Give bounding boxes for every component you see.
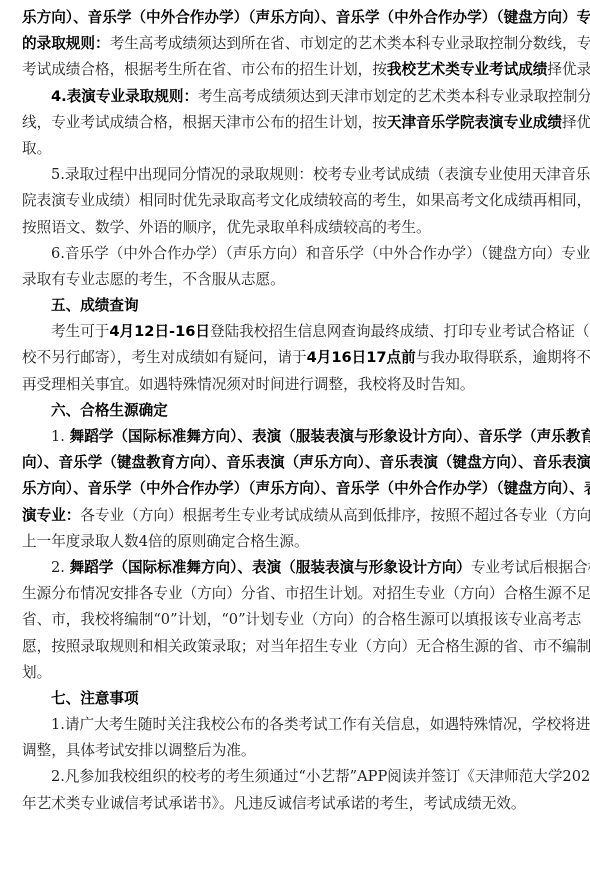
paragraph: 1.请广大考生随时关注我校公布的各类考试工作有关信息，如遇特殊情况，学校将进行调…	[22, 712, 568, 764]
text-line: 录取有专业志愿的考生，不含服从志愿。	[22, 267, 568, 293]
text: 5.录取过程中出现同分情况的录取规则：校考专业考试成绩（表演专业使用天津音乐学	[51, 166, 590, 183]
text: 省、市，我校将编制“0”计划，“0”计划专业（方向）的合格生源可以填报该专业高考…	[22, 611, 581, 628]
bold-text: 4月16日17点前	[307, 349, 416, 366]
text: 取。	[22, 140, 51, 157]
section-heading: 五、成绩查询	[22, 293, 568, 319]
bold-text: 舞蹈学（国际标准舞方向）、表演（服装表演与形象设计方向）、音乐学（声乐教育方	[70, 428, 590, 445]
text-line: 上一年度录取人数4倍的原则确定合格生源。	[22, 529, 568, 555]
text-line: 院表演专业成绩）相同时优先录取高考文化成绩较高的考生，如果高考文化成绩再相同，则	[22, 188, 568, 214]
text: 划。	[22, 664, 51, 681]
text: 登陆我校招生信息网查询最终成绩、打印专业考试合格证（我	[210, 323, 590, 340]
text: 上一年度录取人数4倍的原则确定合格生源。	[22, 533, 309, 550]
text: 愿，按照录取规则和相关政策录取；对当年招生专业（方向）无合格生源的省、市不编制计	[22, 638, 590, 655]
paragraph: 考生可于4月12日-16日登陆我校招生信息网查询最终成绩、打印专业考试合格证（我…	[22, 319, 568, 398]
text: 调整，具体考试安排以调整后为准。	[22, 742, 256, 759]
paragraph: 4.表演专业录取规则：考生高考成绩须达到天津市划定的艺术类本科专业录取控制分数线…	[22, 84, 568, 163]
paragraph: 乐方向）、音乐学（中外合作办学）（声乐方向）、音乐学（中外合作办学）（键盘方向）…	[22, 5, 568, 84]
text: 1.请广大考生随时关注我校公布的各类考试工作有关信息，如遇特殊情况，学校将进行	[51, 716, 590, 733]
section-heading: 六、合格生源确定	[22, 398, 568, 424]
text: 年艺术类专业诚信考试承诺书》。凡违反诚信考试承诺的考生，考试成绩无效。	[22, 795, 526, 812]
bold-text: 乐方向）、音乐学（中外合作办学）（声乐方向）、音乐学（中外合作办学）（键盘方向）…	[22, 480, 590, 497]
text: 择优录	[562, 114, 590, 131]
text: 择优录取。	[547, 61, 590, 78]
text-line: 划。	[22, 660, 568, 686]
text: 校不另行邮寄），考生对成绩如有疑问，请于	[22, 349, 307, 366]
text-line: 1.请广大考生随时关注我校公布的各类考试工作有关信息，如遇特殊情况，学校将进行	[22, 712, 568, 738]
text-line: 再受理相关事宜。如遇特殊情况须对时间进行调整，我校将及时告知。	[22, 372, 568, 398]
bold-text: 4.表演专业录取规则：	[51, 88, 198, 105]
text-line: 调整，具体考试安排以调整后为准。	[22, 738, 568, 764]
bold-text: 4月12日-16日	[109, 323, 210, 340]
text-line: 向）、音乐学（键盘教育方向）、音乐表演（声乐方向）、音乐表演（键盘方向）、音乐表…	[22, 450, 568, 476]
text: 各专业（方向）根据考生专业考试成绩从高到低排序，按照不超过各专业（方向）	[80, 507, 590, 524]
text: 再受理相关事宜。如遇特殊情况须对时间进行调整，我校将及时告知。	[22, 376, 474, 393]
text-line: 的录取规则：考生高考成绩须达到所在省、市划定的艺术类本科专业录取控制分数线，专业	[22, 31, 568, 57]
text: 考生高考成绩须达到所在省、市划定的艺术类本科专业录取控制分数线，专业	[110, 35, 590, 52]
text: 录取有专业志愿的考生，不含服从志愿。	[22, 271, 285, 288]
bold-text: 我校艺术类专业考试成绩	[387, 61, 548, 78]
text-line: 取。	[22, 136, 568, 162]
text-line: 6.音乐学（中外合作办学）（声乐方向）和音乐学（中外合作办学）（键盘方向）专业只	[22, 241, 568, 267]
text: 2.	[51, 559, 70, 576]
text-line: 演专业：各专业（方向）根据考生专业考试成绩从高到低排序，按照不超过各专业（方向）	[22, 503, 568, 529]
text-line: 考试成绩合格，根据考生所在省、市公布的招生计划，按我校艺术类专业考试成绩择优录取…	[22, 57, 568, 83]
text-line: 4.表演专业录取规则：考生高考成绩须达到天津市划定的艺术类本科专业录取控制分数	[22, 84, 568, 110]
paragraph: 2.凡参加我校组织的校考的考生须通过“小艺帮”APP阅读并签订《天津师范大学20…	[22, 764, 568, 816]
bold-text: 演专业：	[22, 507, 80, 524]
bold-text: 天津音乐学院表演专业成绩	[387, 114, 562, 131]
text-line: 生源分布情况安排各专业（方向）分省、市招生计划。对招生专业（方向）合格生源不足的	[22, 581, 568, 607]
bold-text: 向）、音乐学（键盘教育方向）、音乐表演（声乐方向）、音乐表演（键盘方向）、音乐表…	[22, 454, 590, 471]
text: 考生高考成绩须达到天津市划定的艺术类本科专业录取控制分数	[198, 88, 590, 105]
text-line: 乐方向）、音乐学（中外合作办学）（声乐方向）、音乐学（中外合作办学）（键盘方向）…	[22, 476, 568, 502]
text-line: 考生可于4月12日-16日登陆我校招生信息网查询最终成绩、打印专业考试合格证（我	[22, 319, 568, 345]
text-line: 愿，按照录取规则和相关政策录取；对当年招生专业（方向）无合格生源的省、市不编制计	[22, 634, 568, 660]
text: 6.音乐学（中外合作办学）（声乐方向）和音乐学（中外合作办学）（键盘方向）专业只	[51, 245, 590, 262]
text-line: 1. 舞蹈学（国际标准舞方向）、表演（服装表演与形象设计方向）、音乐学（声乐教育…	[22, 424, 568, 450]
bold-text: 的录取规则：	[22, 35, 110, 52]
text: 考生可于	[51, 323, 109, 340]
text: 线，专业考试成绩合格，根据天津市公布的招生计划，按	[22, 114, 387, 131]
text-line: 按照语文、数学、外语的顺序，优先录取单科成绩较高的考生。	[22, 215, 568, 241]
paragraph: 2. 舞蹈学（国际标准舞方向）、表演（服装表演与形象设计方向）专业考试后根据合格…	[22, 555, 568, 686]
text-line: 2.凡参加我校组织的校考的考生须通过“小艺帮”APP阅读并签订《天津师范大学20…	[22, 764, 568, 790]
bold-text: 乐方向）、音乐学（中外合作办学）（声乐方向）、音乐学（中外合作办学）（键盘方向）…	[22, 9, 590, 26]
text: 生源分布情况安排各专业（方向）分省、市招生计划。对招生专业（方向）合格生源不足的	[22, 585, 590, 602]
paragraph: 5.录取过程中出现同分情况的录取规则：校考专业考试成绩（表演专业使用天津音乐学院…	[22, 162, 568, 241]
document-page: 乐方向）、音乐学（中外合作办学）（声乐方向）、音乐学（中外合作办学）（键盘方向）…	[22, 5, 568, 817]
text-line: 年艺术类专业诚信考试承诺书》。凡违反诚信考试承诺的考生，考试成绩无效。	[22, 791, 568, 817]
paragraph: 1. 舞蹈学（国际标准舞方向）、表演（服装表演与形象设计方向）、音乐学（声乐教育…	[22, 424, 568, 555]
bold-text: 舞蹈学（国际标准舞方向）、表演（服装表演与形象设计方向）	[70, 559, 471, 576]
text: 考试成绩合格，根据考生所在省、市公布的招生计划，按	[22, 61, 387, 78]
section-heading: 七、注意事项	[22, 686, 568, 712]
text-line: 乐方向）、音乐学（中外合作办学）（声乐方向）、音乐学（中外合作办学）（键盘方向）…	[22, 5, 568, 31]
text-line: 2. 舞蹈学（国际标准舞方向）、表演（服装表演与形象设计方向）专业考试后根据合格	[22, 555, 568, 581]
paragraph: 6.音乐学（中外合作办学）（声乐方向）和音乐学（中外合作办学）（键盘方向）专业只…	[22, 241, 568, 293]
text-line: 校不另行邮寄），考生对成绩如有疑问，请于4月16日17点前与我办取得联系，逾期将…	[22, 345, 568, 371]
text-line: 省、市，我校将编制“0”计划，“0”计划专业（方向）的合格生源可以填报该专业高考…	[22, 607, 568, 633]
text: 2.凡参加我校组织的校考的考生须通过“小艺帮”APP阅读并签订《天津师范大学20…	[51, 768, 590, 785]
text: 1.	[51, 428, 70, 445]
text: 专业考试后根据合格	[471, 559, 590, 576]
text: 按照语文、数学、外语的顺序，优先录取单科成绩较高的考生。	[22, 219, 431, 236]
text-line: 5.录取过程中出现同分情况的录取规则：校考专业考试成绩（表演专业使用天津音乐学	[22, 162, 568, 188]
text-line: 线，专业考试成绩合格，根据天津市公布的招生计划，按天津音乐学院表演专业成绩择优录	[22, 110, 568, 136]
text: 院表演专业成绩）相同时优先录取高考文化成绩较高的考生，如果高考文化成绩再相同，则	[22, 192, 590, 209]
text: 与我办取得联系，逾期将不	[416, 349, 590, 366]
